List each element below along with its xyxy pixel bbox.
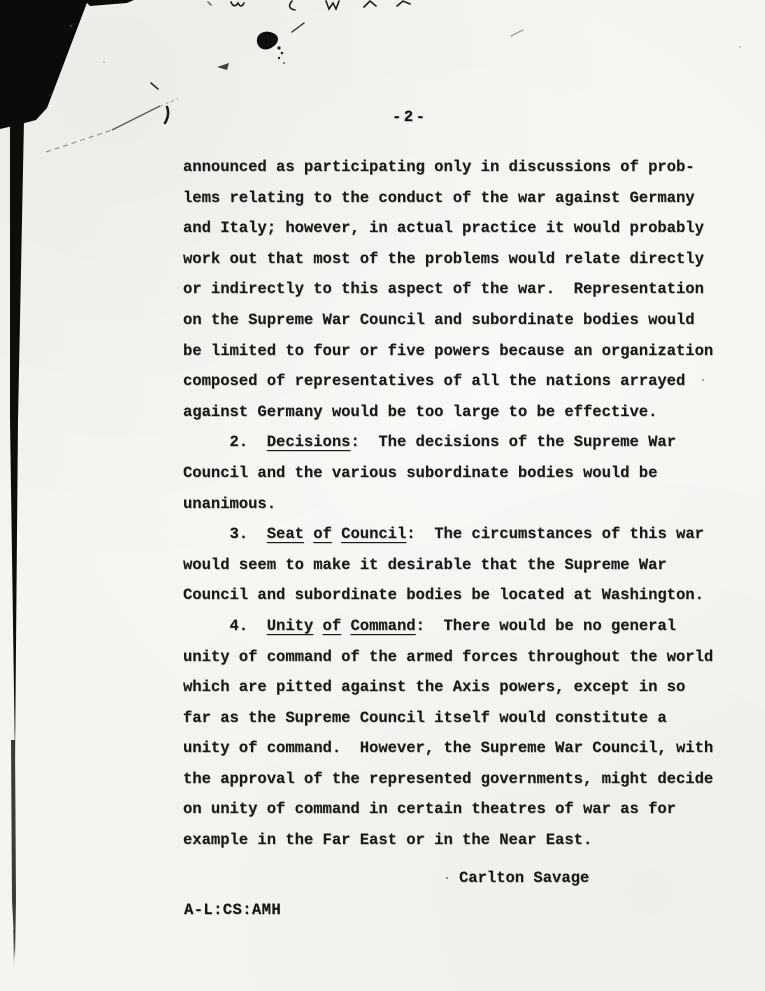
arrow-mark bbox=[217, 63, 229, 70]
page-number: -2- bbox=[392, 108, 427, 126]
text-line: or indirectly to this aspect of the war.… bbox=[183, 274, 743, 305]
document-page: -2- announced as participating only in d… bbox=[0, 0, 765, 991]
text-line: work out that most of the problems would… bbox=[183, 244, 743, 275]
text-line: which are pitted against the Axis powers… bbox=[183, 672, 743, 703]
pen-dash bbox=[292, 23, 304, 32]
signature: Carlton Savage bbox=[459, 869, 589, 887]
text-line: 3. Seat of Council: The circumstances of… bbox=[183, 519, 743, 550]
text-line: would seem to make it desirable that the… bbox=[183, 550, 743, 581]
ink-blob bbox=[257, 32, 285, 64]
text-line: on the Supreme War Council and subordina… bbox=[183, 305, 743, 336]
text-line: and Italy; however, in actual practice i… bbox=[183, 213, 743, 244]
text-line: 4. Unity of Command: There would be no g… bbox=[183, 611, 743, 642]
text-line: against Germany would be too large to be… bbox=[183, 397, 743, 428]
document-body: announced as participating only in discu… bbox=[183, 152, 743, 856]
left-edge-strip-tip bbox=[13, 930, 15, 968]
cutoff-glyph-fragments bbox=[208, 1, 410, 10]
text-line: unity of command of the armed forces thr… bbox=[183, 642, 743, 673]
reference-initials: A-L:CS:AMH bbox=[184, 901, 281, 919]
text-line: composed of representatives of all the n… bbox=[183, 366, 743, 397]
text-line: unity of command. However, the Supreme W… bbox=[183, 733, 743, 764]
text-line: the approval of the represented governme… bbox=[183, 764, 743, 795]
text-line: be limited to four or five powers becaus… bbox=[183, 336, 743, 367]
left-edge-strip bbox=[10, 120, 24, 760]
text-line: example in the Far East or in the Near E… bbox=[183, 825, 743, 856]
left-edge-strip-tail bbox=[11, 740, 16, 958]
text-line: Council and the various subordinate bodi… bbox=[183, 458, 743, 489]
text-line: announced as participating only in discu… bbox=[183, 152, 743, 183]
text-line: Council and subordinate bodies be locate… bbox=[183, 580, 743, 611]
faint-dash bbox=[511, 30, 523, 36]
text-line: unanimous. bbox=[183, 489, 743, 520]
text-line: on unity of command in certain theatres … bbox=[183, 794, 743, 825]
corner-shadow bbox=[0, 0, 88, 129]
top-edge-sliver bbox=[84, 0, 134, 6]
text-line: far as the Supreme Council itself would … bbox=[183, 703, 743, 734]
scratch-line bbox=[46, 83, 178, 152]
text-line: lems relating to the conduct of the war … bbox=[183, 183, 743, 214]
text-line: 2. Decisions: The decisions of the Supre… bbox=[183, 427, 743, 458]
